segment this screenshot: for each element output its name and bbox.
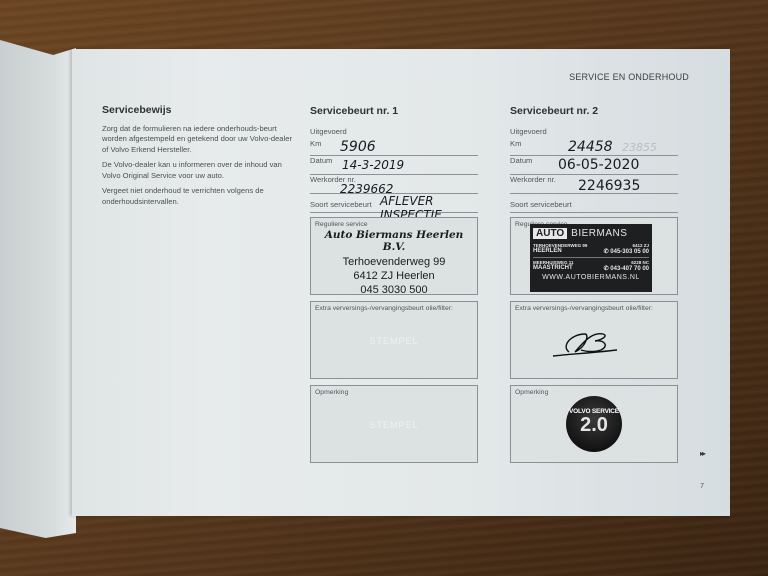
service-column-2: Servicebeurt nr. 2 Uitgevoerd Km 23855 2… [510, 105, 678, 463]
phone-icon: ✆ [604, 266, 609, 272]
km-value: 5906 [340, 139, 376, 155]
soort-field[interactable]: Soort servicebeurt [510, 194, 678, 213]
extra-service-label: Extra verversings-/vervangingsbeurt olie… [315, 305, 453, 312]
remark-box: Opmerking STEMPEL [310, 385, 478, 463]
intro-paragraph: Zorg dat de formulieren na iedere onderh… [102, 124, 292, 156]
service-title: Servicebeurt nr. 2 [510, 105, 678, 117]
regular-service-stamp-box: Reguliere service Auto Biermans Heerlen … [310, 217, 478, 295]
intro-paragraph: De Volvo-dealer kan u informeren over de… [102, 160, 292, 181]
remark-box: Opmerking VOLVO SERVICE 2.0 [510, 385, 678, 463]
remark-label: Opmerking [515, 389, 548, 396]
uitgevoerd-label: Uitgevoerd [510, 127, 547, 136]
km-value: 24458 [568, 139, 613, 155]
km-field[interactable]: Uitgevoerd Km 5906 [310, 127, 478, 156]
dealer-stamp: AUTO BIERMANS TERHOEVENDERWEG 996412 ZJ … [530, 224, 652, 292]
signature-icon [551, 326, 621, 362]
page-number: 7 [700, 483, 704, 490]
dealer-stamp: Auto Biermans Heerlen B.V. Terhoevenderw… [315, 229, 473, 297]
volvo-service-badge: VOLVO SERVICE 2.0 [566, 396, 622, 452]
left-page-edge [0, 40, 76, 538]
datum-label: Datum [510, 156, 532, 165]
intro-section: Servicebewijs Zorg dat de formulieren na… [102, 105, 292, 212]
intro-paragraph: Vergeet niet onderhoud te verrichten vol… [102, 186, 292, 207]
service-title: Servicebeurt nr. 1 [310, 105, 478, 117]
soort-field[interactable]: Soort servicebeurt AFLEVER INSPECTIE [310, 194, 478, 213]
stempel-watermark: STEMPEL [311, 336, 477, 346]
uitgevoerd-label: Uitgevoerd [310, 127, 347, 136]
extra-service-label: Extra verversings-/vervangingsbeurt olie… [515, 305, 653, 312]
extra-service-box: Extra verversings-/vervangingsbeurt olie… [510, 301, 678, 379]
booklet-page: SERVICE EN ONDERHOUD Servicebewijs Zorg … [72, 49, 730, 516]
section-header: SERVICE EN ONDERHOUD [569, 72, 689, 82]
km-label: Km [510, 139, 521, 148]
regular-service-label: Reguliere service [315, 221, 368, 228]
werkorder-value: 2246935 [578, 178, 640, 194]
regular-service-stamp-box: Reguliere service AUTO BIERMANS TERHOEVE… [510, 217, 678, 295]
stempel-watermark: STEMPEL [311, 420, 477, 430]
datum-value: 06-05-2020 [558, 157, 639, 173]
km-field[interactable]: Uitgevoerd Km 23855 24458 [510, 127, 678, 156]
datum-label: Datum [310, 156, 332, 165]
km-label: Km [310, 139, 321, 148]
werkorder-field[interactable]: Werkorder nr. 2239662 [310, 175, 478, 194]
intro-title: Servicebewijs [102, 105, 292, 116]
phone-icon: ✆ [604, 249, 609, 255]
soort-label: Soort servicebeurt [310, 200, 372, 209]
datum-field[interactable]: Datum 14-3-2019 [310, 156, 478, 175]
werkorder-label: Werkorder nr. [510, 175, 556, 184]
datum-value: 14-3-2019 [342, 158, 404, 172]
next-page-icon: ▸▸ [700, 449, 704, 458]
service-column-1: Servicebeurt nr. 1 Uitgevoerd Km 5906 Da… [310, 105, 478, 463]
datum-field[interactable]: Datum 06-05-2020 [510, 156, 678, 175]
remark-label: Opmerking [315, 389, 348, 396]
extra-service-box: Extra verversings-/vervangingsbeurt olie… [310, 301, 478, 379]
werkorder-field[interactable]: Werkorder nr. 2246935 [510, 175, 678, 194]
km-faded-value: 23855 [622, 141, 657, 154]
soort-label: Soort servicebeurt [510, 200, 572, 209]
